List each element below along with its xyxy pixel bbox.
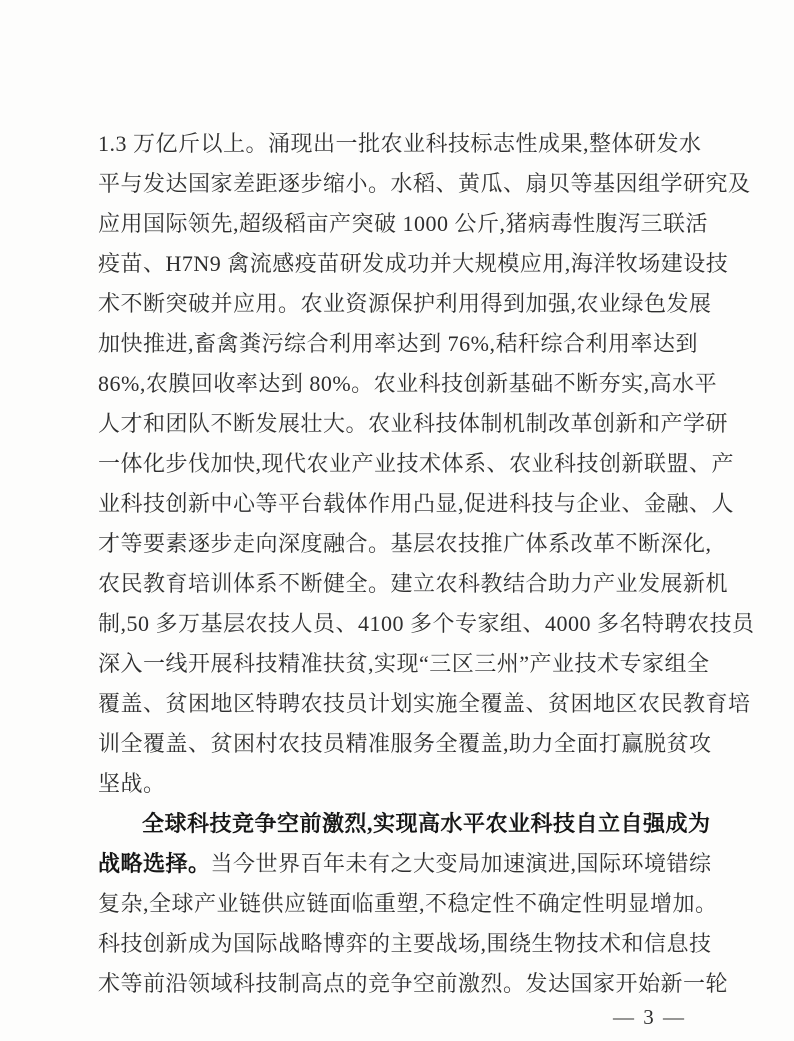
document-body: 1.3 万亿斤以上。涌现出一批农业科技标志性成果,整体研发水平与发达国家差距逐步… bbox=[98, 124, 698, 1004]
bold-text-segment: 全球科技竞争空前激烈,实现高水平农业科技自立自强成为 bbox=[142, 811, 711, 836]
text-line: 复杂,全球产业链供应链面临重塑,不稳定性不确定性明显增加。 bbox=[98, 884, 698, 924]
text-line: 86%,农膜回收率达到 80%。农业科技创新基础不断夯实,高水平 bbox=[98, 364, 698, 404]
text-segment: 科技创新成为国际战略博弈的主要战场,围绕生物技术和信息技 bbox=[98, 931, 712, 956]
text-line: 科技创新成为国际战略博弈的主要战场,围绕生物技术和信息技 bbox=[98, 924, 698, 964]
text-line: 术等前沿领域科技制高点的竞争空前激烈。发达国家开始新一轮 bbox=[98, 964, 698, 1004]
text-segment: 平与发达国家差距逐步缩小。水稻、黄瓜、扇贝等基因组学研究及 bbox=[98, 171, 751, 196]
text-segment: 当今世界百年未有之大变局加速演进,国际环境错综 bbox=[211, 851, 712, 876]
text-segment: 业科技创新中心等平台载体作用凸显,促进科技与企业、金融、人 bbox=[98, 491, 734, 516]
text-segment: 训全覆盖、贫困村农技员精准服务全覆盖,助力全面打赢脱贫攻 bbox=[98, 731, 712, 756]
document-page: 1.3 万亿斤以上。涌现出一批农业科技标志性成果,整体研发水平与发达国家差距逐步… bbox=[0, 0, 794, 1041]
text-segment: 一体化步伐加快,现代农业产业技术体系、农业科技创新联盟、产 bbox=[98, 451, 734, 476]
text-line: 术不断突破并应用。农业资源保护利用得到加强,农业绿色发展 bbox=[98, 284, 698, 324]
text-line: 才等要素逐步走向深度融合。基层农技推广体系改革不断深化, bbox=[98, 524, 698, 564]
text-segment: 1.3 万亿斤以上。涌现出一批农业科技标志性成果,整体研发水 bbox=[98, 131, 702, 156]
text-segment: 术不断突破并应用。农业资源保护利用得到加强,农业绿色发展 bbox=[98, 291, 712, 316]
page-number: — 3 — bbox=[613, 1002, 686, 1032]
text-segment: 覆盖、贫困地区特聘农技员计划实施全覆盖、贫困地区农民教育培 bbox=[98, 691, 751, 716]
text-segment: 人才和团队不断发展壮大。农业科技体制机制改革创新和产学研 bbox=[98, 411, 728, 436]
text-segment: 加快推进,畜禽粪污综合利用率达到 76%,秸秆综合利用率达到 bbox=[98, 331, 698, 356]
text-segment: 疫苗、H7N9 禽流感疫苗研发成功并大规模应用,海洋牧场建设技 bbox=[98, 251, 728, 276]
text-line: 人才和团队不断发展壮大。农业科技体制机制改革创新和产学研 bbox=[98, 404, 698, 444]
text-line: 疫苗、H7N9 禽流感疫苗研发成功并大规模应用,海洋牧场建设技 bbox=[98, 244, 698, 284]
text-segment: 应用国际领先,超级稻亩产突破 1000 公斤,猪病毒性腹泻三联活 bbox=[98, 211, 708, 236]
text-segment: 制,50 多万基层农技人员、4100 多个专家组、4000 多名特聘农技员 bbox=[98, 611, 755, 636]
text-line: 坚战。 bbox=[98, 764, 698, 804]
text-line: 加快推进,畜禽粪污综合利用率达到 76%,秸秆综合利用率达到 bbox=[98, 324, 698, 364]
text-segment: 才等要素逐步走向深度融合。基层农技推广体系改革不断深化, bbox=[98, 531, 712, 556]
text-line: 训全覆盖、贫困村农技员精准服务全覆盖,助力全面打赢脱贫攻 bbox=[98, 724, 698, 764]
text-segment: 86%,农膜回收率达到 80%。农业科技创新基础不断夯实,高水平 bbox=[98, 371, 717, 396]
text-line: 一体化步伐加快,现代农业产业技术体系、农业科技创新联盟、产 bbox=[98, 444, 698, 484]
text-line: 覆盖、贫困地区特聘农技员计划实施全覆盖、贫困地区农民教育培 bbox=[98, 684, 698, 724]
text-line: 业科技创新中心等平台载体作用凸显,促进科技与企业、金融、人 bbox=[98, 484, 698, 524]
text-line: 深入一线开展科技精准扶贫,实现“三区三州”产业技术专家组全 bbox=[98, 644, 698, 684]
bold-text-segment: 战略选择。 bbox=[98, 851, 211, 876]
text-line: 平与发达国家差距逐步缩小。水稻、黄瓜、扇贝等基因组学研究及 bbox=[98, 164, 698, 204]
text-line: 1.3 万亿斤以上。涌现出一批农业科技标志性成果,整体研发水 bbox=[98, 124, 698, 164]
text-line: 制,50 多万基层农技人员、4100 多个专家组、4000 多名特聘农技员 bbox=[98, 604, 698, 644]
text-segment: 深入一线开展科技精准扶贫,实现“三区三州”产业技术专家组全 bbox=[98, 651, 710, 676]
text-line: 应用国际领先,超级稻亩产突破 1000 公斤,猪病毒性腹泻三联活 bbox=[98, 204, 698, 244]
text-line: 战略选择。当今世界百年未有之大变局加速演进,国际环境错综 bbox=[98, 844, 698, 884]
text-segment: 农民教育培训体系不断健全。建立农科教结合助力产业发展新机 bbox=[98, 571, 728, 596]
text-segment: 术等前沿领域科技制高点的竞争空前激烈。发达国家开始新一轮 bbox=[98, 971, 728, 996]
text-line: 农民教育培训体系不断健全。建立农科教结合助力产业发展新机 bbox=[98, 564, 698, 604]
text-segment: 坚战。 bbox=[98, 771, 166, 796]
text-line: 全球科技竞争空前激烈,实现高水平农业科技自立自强成为 bbox=[98, 804, 698, 844]
text-segment: 复杂,全球产业链供应链面临重塑,不稳定性不确定性明显增加。 bbox=[98, 891, 718, 916]
